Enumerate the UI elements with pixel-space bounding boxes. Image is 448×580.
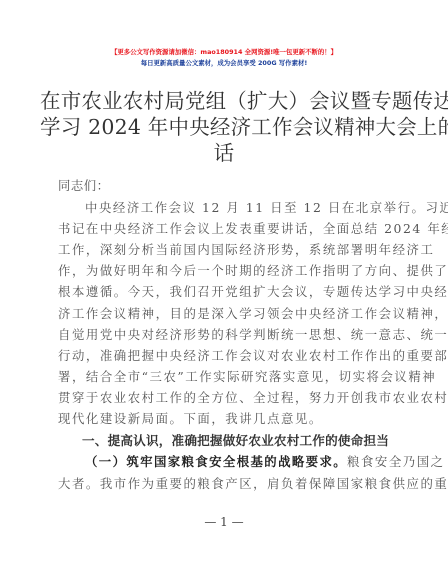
subsection-heading-1: （一）筑牢国家粮食安全根基的战略要求。 [85, 454, 347, 469]
promo-banner-line-1: 【更多公文写作资源请加微信：mao180914 全网资源!唯一包更新不断的！】 [0, 48, 448, 56]
subsection-line: （一）筑牢国家粮食安全根基的战略要求。粮食安全乃国之 [85, 451, 445, 472]
body-line: 根本遵循。今天，我们召开党组扩大会议，专题传达学习中央经 [58, 281, 448, 302]
subsection-text: 粮食安全乃国之 [347, 454, 445, 469]
body-line: 行动，准确把握中央经济工作会议对农业农村工作作出的重要部 [58, 345, 448, 366]
body-line: 署，结合全市“三农”工作实际研究落实意见，切实将会议精神 [58, 366, 436, 387]
title-line-1: 在市农业农村局党组（扩大）会议暨专题传达 [40, 88, 408, 114]
body-line: 济工作会议精神，目的是深入学习领会中央经济工作会议精神， [58, 303, 448, 324]
body-line: 工作，深刻分析当前国内国际经济形势，系统部署明年经济工 [58, 239, 434, 260]
body-line: 贯穿于农业农村工作的全方位、全过程，努力开创我市农业农村 [58, 387, 448, 408]
document-page: 【更多公文写作资源请加微信：mao180914 全网资源!唯一包更新不断的！】 … [0, 0, 448, 580]
section-heading-1: 一、提高认识，准确把握做好农业农村工作的使命担当 [82, 430, 389, 451]
promo-banner-line-2: 每日更新高质量公文素材，成为会员享受 200G 写作素材! [0, 59, 448, 67]
body-line: 书记在中央经济工作会议上发表重要讲话，全面总结 2024 年经济 [58, 218, 448, 239]
body-line: 自觉用党中央对经济形势的科学判断统一思想、统一意志、统一 [58, 324, 448, 345]
body-line: 作，为做好明年和今后一个时期的经济工作指明了方向、提供了 [58, 260, 448, 281]
greeting: 同志们： [58, 175, 110, 196]
document-title: 在市农业农村局党组（扩大）会议暨专题传达 学习 2024 年中央经济工作会议精神… [40, 88, 408, 166]
title-line-3: 话 [40, 140, 408, 166]
body-line: 中央经济工作会议 12 月 11 日至 12 日在北京举行。习近平总 [85, 197, 448, 218]
body-line: 现代化建设新局面。下面，我讲几点意见。 [58, 408, 323, 429]
page-number: — 1 — [0, 515, 448, 529]
body-line: 大者。我市作为重要的粮食产区，肩负着保障国家粮食供应的重 [58, 473, 448, 494]
title-line-2: 学习 2024 年中央经济工作会议精神大会上的讲 [40, 114, 408, 140]
